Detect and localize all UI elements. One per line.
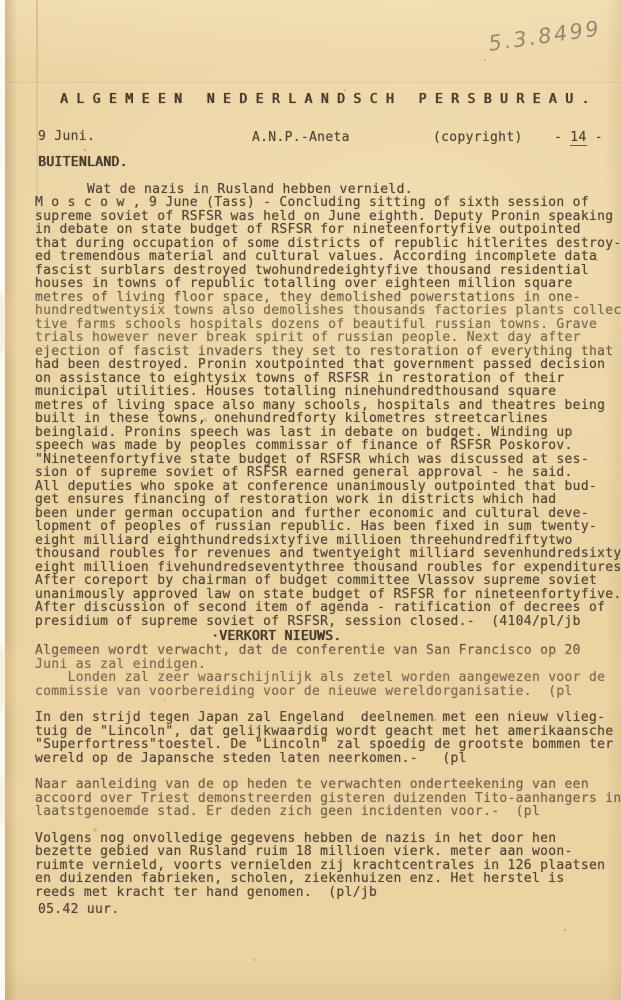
- agency-masthead: A L G E M E E N N E D E R L A N D S C H …: [60, 93, 590, 107]
- time-stamp: 05.42 uur.: [38, 903, 119, 917]
- short-news-heading: ·VERKORT NIEUWS.: [211, 630, 341, 644]
- page-number-suffix: -: [587, 130, 603, 145]
- service-name: A.N.P.-Aneta: [252, 131, 350, 145]
- page-number-value: 14: [570, 130, 586, 146]
- news-item: Volgens nog onvolledige gegevens hebben …: [35, 832, 621, 900]
- news-item: Algemeen wordt verwacht, dat de conferen…: [35, 644, 621, 671]
- page-number: - 14 -: [554, 131, 603, 145]
- news-item: Londen zal zeer waarschijnlijk als zetel…: [35, 671, 621, 698]
- handwritten-reference-number: 5.3.8499: [487, 16, 603, 56]
- short-news-list: Algemeen wordt verwacht, dat de conferen…: [35, 644, 621, 912]
- news-item: In den strijd tegen Japan zal Engeland d…: [35, 711, 621, 765]
- date-label: 9 Juni.: [38, 130, 95, 144]
- news-item: Naar aanleiding van de op heden te verwa…: [35, 778, 621, 819]
- article-body: M o s c o w , 9 June (Tass) - Concluding…: [35, 196, 621, 628]
- copyright-label: (copyright): [433, 131, 523, 145]
- scanned-document-page: 5.3.8499 A L G E M E E N N E D E R L A N…: [0, 0, 621, 1000]
- section-heading: BUITENLAND.: [38, 156, 128, 170]
- page-number-prefix: -: [554, 130, 570, 145]
- paper-sheet: 5.3.8499 A L G E M E E N N E D E R L A N…: [5, 0, 621, 1000]
- paper-crease-horizontal: [5, 82, 621, 85]
